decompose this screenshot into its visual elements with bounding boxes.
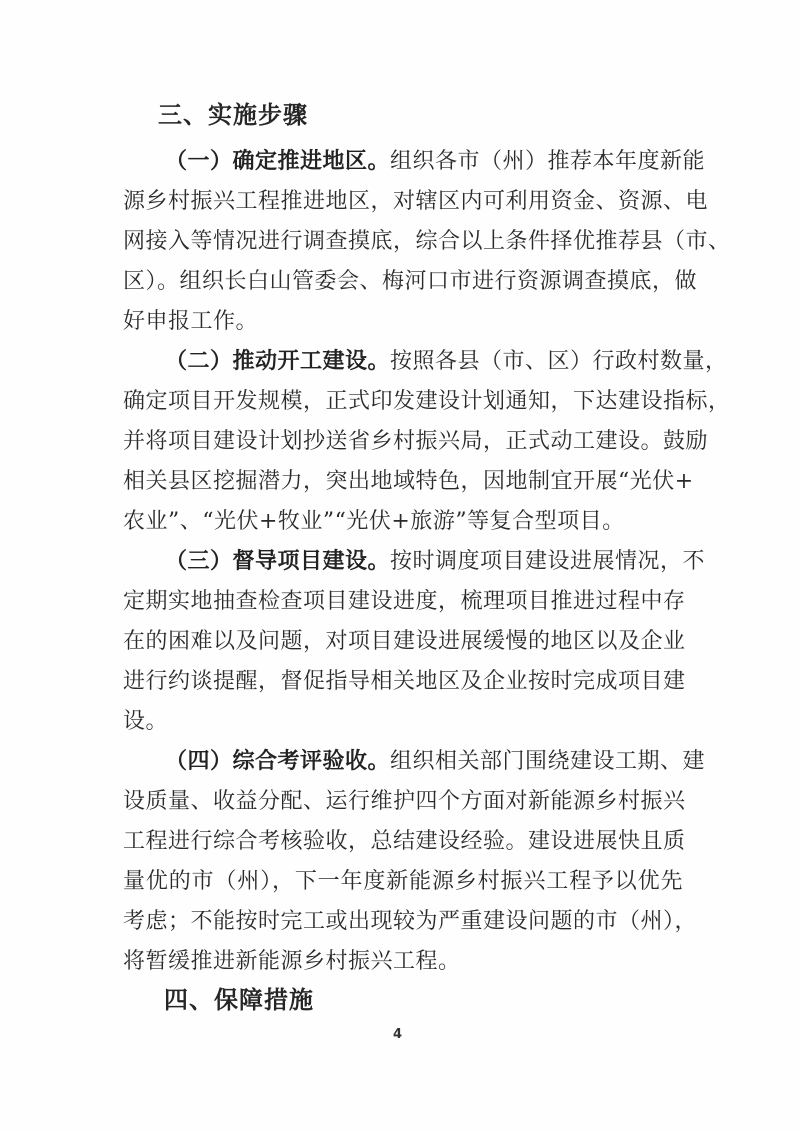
paragraph-line: 区）。组织长白山管委会、梅河口市进行资源调查摸底，做: [123, 262, 683, 302]
paragraph-lead: （四）综合考评验收。: [165, 749, 390, 774]
paragraph-line: 工程进行综合考核验收，总结建设经验。建设进展快且质: [123, 822, 683, 862]
paragraph-line: （一）确定推进地区。组织各市（州）推荐本年度新能: [123, 142, 683, 182]
paragraph-line: 将暂缓推进新能源乡村振兴工程。: [123, 942, 683, 982]
paragraph-determine-regions: （一）确定推进地区。组织各市（州）推荐本年度新能 源乡村振兴工程推进地区，对辖区…: [123, 142, 683, 342]
paragraph-lead: （二）推动开工建设。: [165, 349, 390, 374]
paragraph-line: 量优的市（州），下一年度新能源乡村振兴工程予以优先: [123, 862, 683, 902]
paragraph-lead: （三）督导项目建设。: [165, 549, 390, 574]
paragraph-line: 设质量、收益分配、运行维护四个方面对新能源乡村振兴: [123, 782, 683, 822]
paragraph-line: 网接入等情况进行调查摸底，综合以上条件择优推荐县（市、: [123, 222, 683, 262]
paragraph-line: 农业”、“光伏+牧业”“光伏+旅游”等复合型项目。: [123, 502, 683, 542]
paragraph-line: 相关县区挖掘潜力，突出地域特色，因地制宜开展“光伏+: [123, 462, 683, 502]
document-page: 三、实施步骤 （一）确定推进地区。组织各市（州）推荐本年度新能 源乡村振兴工程推…: [0, 0, 800, 1131]
paragraph-line: 源乡村振兴工程推进地区，对辖区内可利用资金、资源、电: [123, 182, 683, 222]
paragraph-line: 确定项目开发规模，正式印发建设计划通知，下达建设指标，: [123, 382, 683, 422]
paragraph-line: 考虑；不能按时完工或出现较为严重建设问题的市（州），: [123, 902, 683, 942]
paragraph-line: （二）推动开工建设。按照各县（市、区）行政村数量，: [123, 342, 683, 382]
page-number: 4: [393, 1027, 402, 1042]
paragraph-lead: （一）确定推进地区。: [165, 149, 390, 174]
paragraph-line: 定期实地抽查检查项目建设进度，梳理项目推进过程中存: [123, 582, 683, 622]
section-heading-safeguards: 四、保障措施: [164, 985, 314, 1015]
paragraph-line: 进行约谈提醒，督促指导相关地区及企业按时完成项目建: [123, 662, 683, 702]
paragraph-line: （四）综合考评验收。组织相关部门围绕建设工期、建: [123, 742, 683, 782]
section-heading-implementation-steps: 三、实施步骤: [158, 100, 308, 130]
paragraph-line: 设。: [123, 702, 683, 742]
paragraph-line: 并将项目建设计划抄送省乡村振兴局，正式动工建设。鼓励: [123, 422, 683, 462]
paragraph-line: 好申报工作。: [123, 302, 683, 342]
paragraph-line: 在的困难以及问题，对项目建设进展缓慢的地区以及企业: [123, 622, 683, 662]
paragraph-line: （三）督导项目建设。按时调度项目建设进展情况，不: [123, 542, 683, 582]
paragraph-evaluation-acceptance: （四）综合考评验收。组织相关部门围绕建设工期、建 设质量、收益分配、运行维护四个…: [123, 742, 683, 982]
paragraph-start-construction: （二）推动开工建设。按照各县（市、区）行政村数量， 确定项目开发规模，正式印发建…: [123, 342, 683, 542]
paragraph-supervise-construction: （三）督导项目建设。按时调度项目建设进展情况，不 定期实地抽查检查项目建设进度，…: [123, 542, 683, 742]
